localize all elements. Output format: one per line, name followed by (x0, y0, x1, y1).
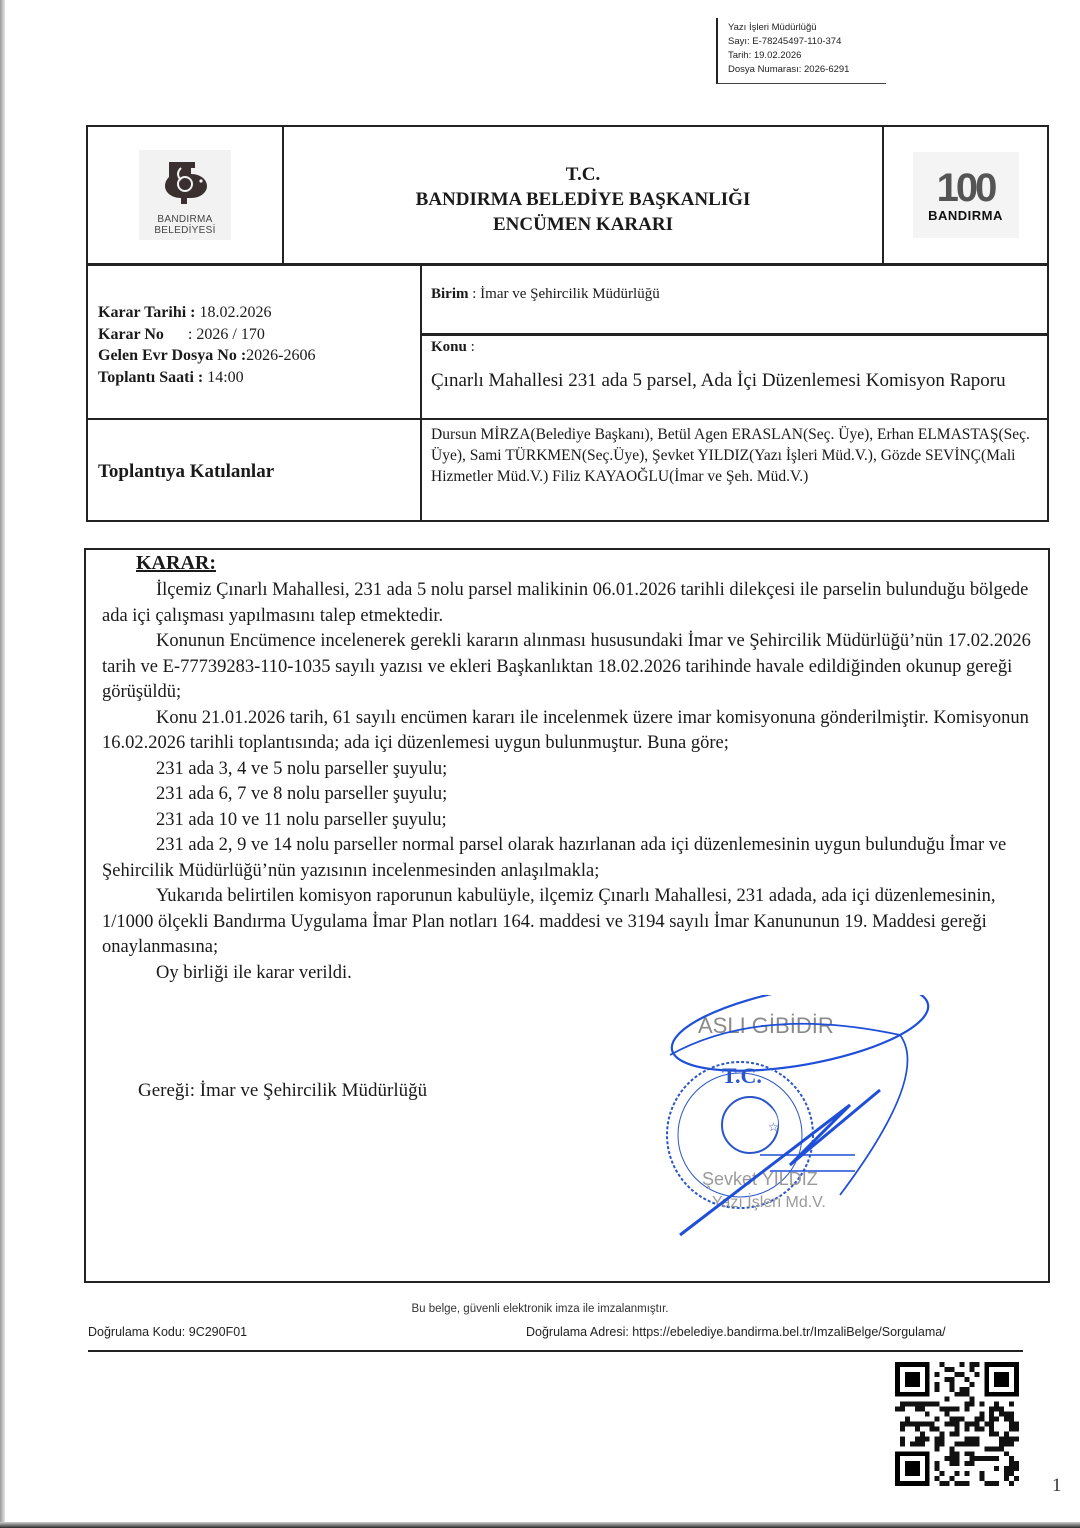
logo-brand: BANDIRMA (928, 208, 1003, 223)
konu-field-label: Konu : (431, 339, 475, 356)
left-logo-cell: BANDIRMA BELEDİYESİ (88, 127, 284, 263)
table-divider-horizontal (88, 418, 1047, 420)
karar-list-item: 231 ada 6, 7 ve 8 nolu parseller şuyulu; (102, 782, 1032, 808)
logo-text-1: BANDIRMA (157, 214, 212, 225)
karar-list-item: 231 ada 2, 9 ve 14 nolu parseller normal… (102, 833, 1032, 884)
page-number: 1 (1052, 1475, 1062, 1497)
karar-paragraph: Yukarıda belirtilen komisyon raporunun k… (102, 884, 1032, 961)
verification-code: Doğrulama Kodu: 9C290F01 (88, 1325, 247, 1339)
qr-code-icon (895, 1362, 1019, 1486)
karar-heading: KARAR: (136, 552, 216, 575)
bird-vessel-icon (155, 154, 215, 214)
birim-value: : İmar ve Şehircilik Müdürlüğü (469, 286, 660, 302)
participants-label: Toplantıya Katılanlar (98, 461, 274, 483)
title-cell: T.C. BANDIRMA BELEDİYE BAŞKANLIĞI ENCÜME… (284, 127, 884, 263)
karar-paragraph: Konu 21.01.2026 tarih, 61 sayılı encümen… (102, 706, 1032, 757)
dosya-no-label: Gelen Evr Dosya No : (98, 347, 246, 364)
100-yil-bandirma-logo-icon: 100 BANDIRMA (913, 152, 1019, 238)
signer-name: Şevket YILDIZ (702, 1169, 818, 1189)
title-document-type: ENCÜMEN KARARI (493, 212, 673, 237)
birim-label: Birim (431, 286, 469, 302)
registry-unit: Yazı İşleri Müdürlüğü (728, 21, 886, 35)
star-icon: ☆ (768, 1120, 779, 1134)
decision-meta: Karar Tarihi : 18.02.2026 Karar No : 202… (98, 302, 315, 388)
title-institution: BANDIRMA BELEDİYE BAŞKANLIĞI (416, 187, 751, 212)
geregi-line: Gereği: İmar ve Şehircilik Müdürlüğü (138, 1080, 427, 1102)
bandirma-belediyesi-logo-icon: BANDIRMA BELEDİYESİ (139, 150, 231, 240)
dosya-no-value: 2026-2606 (246, 347, 315, 364)
registry-date: Tarih: 19.02.2026 (728, 49, 886, 63)
e-signature-note: Bu belge, güvenli elektronik imza ile im… (0, 1303, 1080, 1315)
seal-center-text: T.C. (722, 1063, 762, 1088)
footer-divider (88, 1350, 1023, 1352)
karar-no-label: Karar No (98, 326, 164, 343)
toplanti-saati-label: Toplantı Saati : (98, 369, 203, 386)
registry-stamp: Yazı İşleri Müdürlüğü Sayı: E-78245497-1… (716, 18, 886, 84)
konu-sep: : (467, 339, 475, 355)
signature-stroke-icon (680, 1090, 880, 1235)
signer-title: Yazı İşleri Md.V. (712, 1192, 826, 1211)
karar-paragraph: Konunun Encümence incelenerek gerekli ka… (102, 629, 1032, 706)
karar-paragraph: İlçemiz Çınarlı Mahallesi, 231 ada 5 nol… (102, 578, 1032, 629)
table-divider-vertical (420, 266, 422, 520)
logo-text-2: BELEDİYESİ (154, 225, 215, 236)
karar-conclusion: Oy birliği ile karar verildi. (102, 961, 1032, 987)
logo-100: 100 (937, 168, 995, 208)
verification-address[interactable]: Doğrulama Adresi: https://ebelediye.band… (526, 1325, 946, 1339)
birim-field: Birim : İmar ve Şehircilik Müdürlüğü (431, 286, 660, 303)
decision-info-table: Karar Tarihi : 18.02.2026 Karar No : 202… (86, 264, 1049, 522)
registry-file-number: Dosya Numarası: 2026-6291 (728, 63, 886, 77)
karar-tarihi-value: 18.02.2026 (200, 304, 272, 321)
signature-loop-icon (665, 995, 934, 1087)
scan-edge-bottom (0, 1522, 1080, 1528)
title-tc: T.C. (566, 162, 600, 187)
karar-list-item: 231 ada 10 ve 11 nolu parseller şuyulu; (102, 808, 1032, 834)
karar-no-value: : 2026 / 170 (188, 326, 265, 343)
toplanti-saati-value: 14:00 (207, 369, 243, 386)
konu-label: Konu (431, 339, 467, 355)
participants-list: Dursun MİRZA(Belediye Başkanı), Betül Ag… (431, 424, 1041, 487)
document-header: BANDIRMA BELEDİYESİ T.C. BANDIRMA BELEDİ… (86, 125, 1049, 265)
karar-list-item: 231 ada 3, 4 ve 5 nolu parseller şuyulu; (102, 757, 1032, 783)
konu-value: Çınarlı Mahallesi 231 ada 5 parsel, Ada … (431, 369, 1041, 393)
table-divider-birim-konu (422, 333, 1047, 336)
scan-edge-left (0, 0, 5, 1528)
registry-number: Sayı: E-78245497-110-374 (728, 35, 886, 49)
karar-tarihi-label: Karar Tarihi : (98, 304, 196, 321)
right-logo-cell: 100 BANDIRMA (884, 127, 1047, 263)
karar-body: İlçemiz Çınarlı Mahallesi, 231 ada 5 nol… (102, 578, 1032, 986)
official-seal-stamp: ASLI GİBİDİR T.C. ☆ Şevket YILDIZ Yazı İ… (640, 995, 940, 1255)
